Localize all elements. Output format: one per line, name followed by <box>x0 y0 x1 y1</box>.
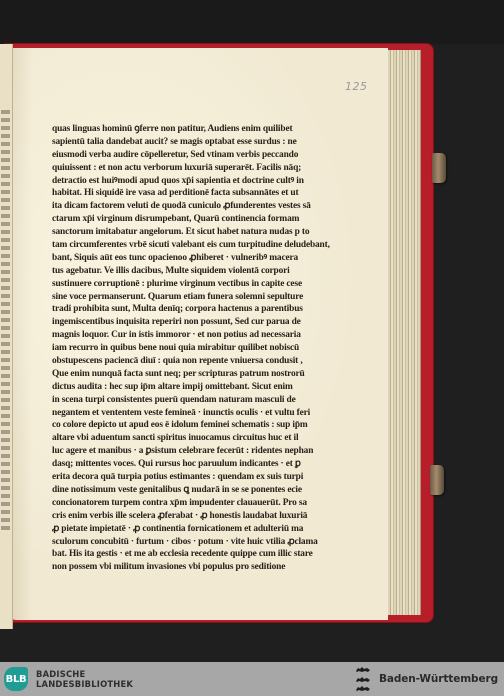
text-line: sapientū talia dandebat aucit? se magis … <box>52 136 364 149</box>
text-line: bant, Siquis aūt eos tunc opacienoo ꝓhib… <box>52 252 364 265</box>
text-line: tam circumferentes vrbē sicuti valebant … <box>52 239 364 252</box>
baden-wuerttemberg-logo-link[interactable]: Baden-Württemberg <box>355 666 498 692</box>
blb-badge-icon: BLB <box>4 667 28 691</box>
book-scan-viewer: 125 quas linguas hominū ꝯferre non patit… <box>0 0 504 662</box>
text-line: erita decora quā turpia potius estimante… <box>52 471 364 484</box>
text-line: habitat. Hi siquidē ire vasa ad perditio… <box>52 187 364 200</box>
baden-wuerttemberg-name: Baden-Württemberg <box>379 673 498 685</box>
text-line: eiusmodi verba audire cōpelleretur, Sed … <box>52 149 364 162</box>
blb-name-line1: BADISCHE <box>36 669 133 679</box>
text-line: sine voce permanserunt. Quarum etiam fun… <box>52 291 364 304</box>
text-line: sculorum concubitū · furtum · cibos · po… <box>52 536 364 549</box>
text-line: non possem vbi militum invasiones vbi po… <box>52 561 364 574</box>
text-line: ingemiscentibus inquisita reperiri non p… <box>52 316 364 329</box>
clasp-tab-top <box>432 153 446 183</box>
blb-name-line2: LANDESBIBLIOTHEK <box>36 679 133 689</box>
library-footer: BLB BADISCHE LANDESBIBLIOTHEK Baden-Würt… <box>0 662 504 696</box>
page-block-edges <box>385 50 421 615</box>
folio-number: 125 <box>345 80 368 93</box>
scan-background <box>0 0 504 44</box>
text-line: cris enim verbis ille scelera ꝓferabat ·… <box>52 510 364 523</box>
text-line: ctarum xp̄i virginum disrumpebant, Quarū… <box>52 213 364 226</box>
text-line: Que enim nunquā facta sunt neq; per scri… <box>52 368 364 381</box>
blb-logo-link[interactable]: BLB BADISCHE LANDESBIBLIOTHEK <box>4 667 133 691</box>
three-lions-icon <box>355 666 371 692</box>
printed-text-block: quas linguas hominū ꝯferre non patitur, … <box>52 123 364 574</box>
text-line: quiuissent : et non actu verborum luxuri… <box>52 162 364 175</box>
text-line: iam recurro in quibus bene noui quia mir… <box>52 342 364 355</box>
text-line: sanctorum imitabatur angelorum. Et sicut… <box>52 226 364 239</box>
blb-name: BADISCHE LANDESBIBLIOTHEK <box>36 669 133 689</box>
text-line: luc agere et manibus · a ꝑsistum celebra… <box>52 445 364 458</box>
text-line: bat. His ita gestis · et me ab ecclesia … <box>52 548 364 561</box>
verso-page-edge <box>0 44 13 629</box>
text-line: quas linguas hominū ꝯferre non patitur, … <box>52 123 364 136</box>
text-line: dine notissimum veste genitalibus ꝗ nuda… <box>52 484 364 497</box>
text-line: ita dicam factorem veluti de quodā cunic… <box>52 200 364 213</box>
text-line: in scena turpi consistentes puerū quenda… <box>52 394 364 407</box>
text-line: concionatorem turpem contra xp̄m impuden… <box>52 497 364 510</box>
text-line: negantem et vententem veste femineā · in… <box>52 407 364 420</box>
text-line: ꝓ pietate impietatē · ꝓ continentia forn… <box>52 523 364 536</box>
text-line: tus agebatur. Ve illis dacibus, Multe si… <box>52 265 364 278</box>
text-line: detractio est huiꝰmodi apud quos xp̄i sa… <box>52 175 364 188</box>
text-line: magnis loquor. Cur in istis immoror · et… <box>52 329 364 342</box>
text-line: tradi prohibita sunt, Multa denīq; corpo… <box>52 303 364 316</box>
verso-text-fragment <box>1 110 10 530</box>
clasp-tab-bottom <box>430 465 444 495</box>
text-line: dasq; mittentes voces. Qui rursus hoc pa… <box>52 458 364 471</box>
text-line: co colore depicto ut apud eos ē idolum f… <box>52 419 364 432</box>
text-line: obstupescens paciencā diuī : quia non re… <box>52 355 364 368</box>
text-line: sustinuere corruptionē : plurime virginu… <box>52 278 364 291</box>
text-line: dictus audita : hec sup ip̄m altare impi… <box>52 381 364 394</box>
text-line: altare vbi aduentum sancti spiritus inuo… <box>52 432 364 445</box>
